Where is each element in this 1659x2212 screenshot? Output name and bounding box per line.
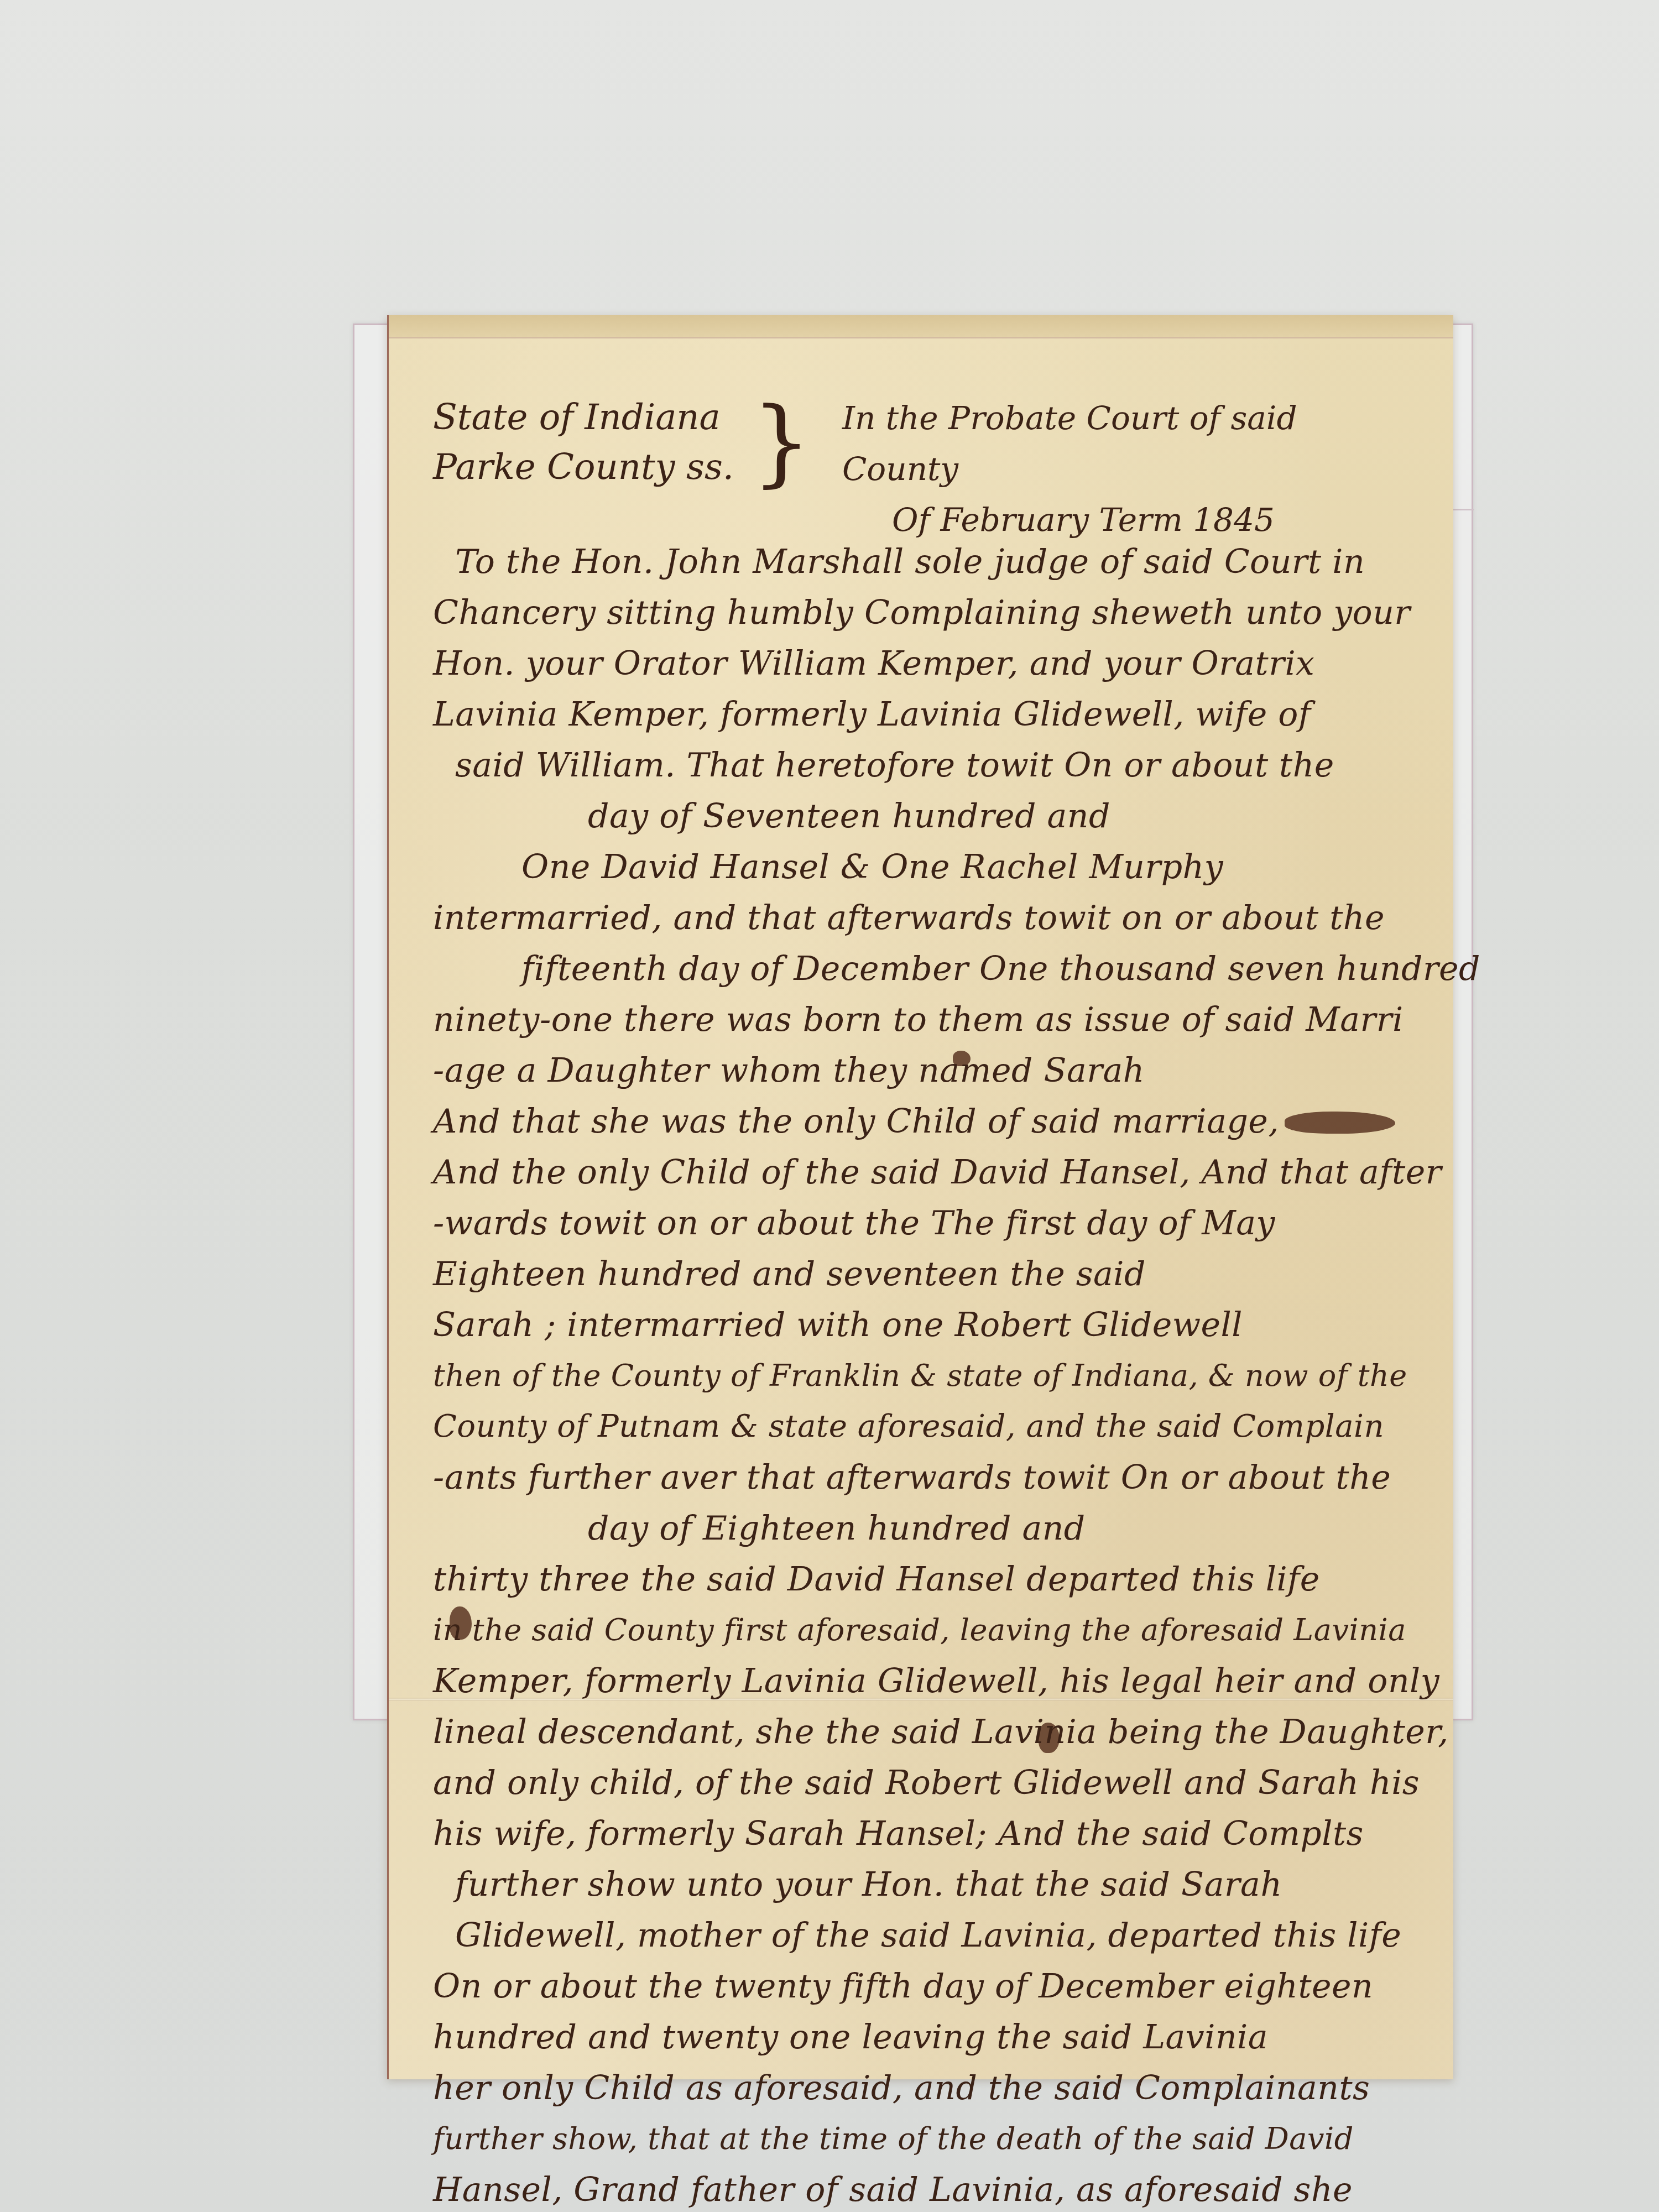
body-line: -ants further aver that afterwards towit… — [433, 1452, 1417, 1503]
body-line: said William. That heretofore towit On o… — [433, 740, 1417, 791]
body-line: And the only Child of the said David Han… — [433, 1147, 1417, 1198]
body-line: Eighteen hundred and seventeen the said — [433, 1249, 1417, 1300]
court-caption: In the Probate Court of said County Of F… — [842, 393, 1417, 545]
body-line: Glidewell, mother of the said Lavinia, d… — [433, 1910, 1417, 1961]
document-page: State of Indiana Parke County ss. } In t… — [387, 315, 1453, 2079]
body-line: further show unto your Hon. that the sai… — [433, 1859, 1417, 1910]
body-line: ninety-one there was born to them as iss… — [433, 994, 1417, 1045]
body-line: fifteenth day of December One thousand s… — [433, 943, 1417, 994]
body-line: -age a Daughter whom they named Sarah — [433, 1045, 1417, 1096]
venue-caption: State of Indiana Parke County ss. — [433, 393, 743, 492]
body-line: her only Child as aforesaid, and the sai… — [433, 2063, 1417, 2114]
body-line: And that she was the only Child of said … — [433, 1096, 1417, 1147]
complaint-body: To the Hon. John Marshall sole judge of … — [433, 536, 1417, 2212]
body-line: Kemper, formerly Lavinia Glidewell, his … — [433, 1656, 1417, 1707]
body-line: lineal descendant, she the said Lavinia … — [433, 1707, 1417, 1757]
venue-state: State of Indiana — [433, 393, 743, 442]
document-header: State of Indiana Parke County ss. } In t… — [433, 393, 1417, 509]
body-line: Sarah ; intermarried with one Robert Gli… — [433, 1300, 1417, 1350]
body-line: To the Hon. John Marshall sole judge of … — [433, 536, 1417, 587]
body-line: Lavinia Kemper, formerly Lavinia Glidewe… — [433, 689, 1417, 740]
body-line: day of Seventeen hundred and — [433, 791, 1417, 842]
brace-icon: } — [752, 393, 811, 492]
body-line: -wards towit on or about the The first d… — [433, 1198, 1417, 1249]
body-line: Chancery sitting humbly Complaining shew… — [433, 587, 1417, 638]
document-text: State of Indiana Parke County ss. } In t… — [433, 393, 1417, 2212]
body-line: further show, that at the time of the de… — [433, 2114, 1417, 2164]
paper-top-edge — [389, 315, 1453, 338]
body-line: hundred and twenty one leaving the said … — [433, 2012, 1417, 2063]
body-line: in the said County first aforesaid, leav… — [433, 1605, 1417, 1656]
body-line: Hansel, Grand father of said Lavinia, as… — [433, 2164, 1417, 2212]
body-line: County of Putnam & state aforesaid, and … — [433, 1401, 1417, 1452]
body-line: his wife, formerly Sarah Hansel; And the… — [433, 1808, 1417, 1859]
body-line: Hon. your Orator William Kemper, and you… — [433, 638, 1417, 689]
body-line: day of Eighteen hundred and — [433, 1503, 1417, 1554]
body-line: On or about the twenty fifth day of Dece… — [433, 1961, 1417, 2012]
body-line: then of the County of Franklin & state o… — [433, 1350, 1417, 1401]
body-line: thirty three the said David Hansel depar… — [433, 1554, 1417, 1605]
court-name: In the Probate Court of said County — [842, 393, 1417, 494]
body-line: intermarried, and that afterwards towit … — [433, 893, 1417, 943]
body-line: One David Hansel & One Rachel Murphy — [433, 842, 1417, 893]
body-line: and only child, of the said Robert Glide… — [433, 1757, 1417, 1808]
venue-county: Parke County ss. — [433, 442, 743, 492]
